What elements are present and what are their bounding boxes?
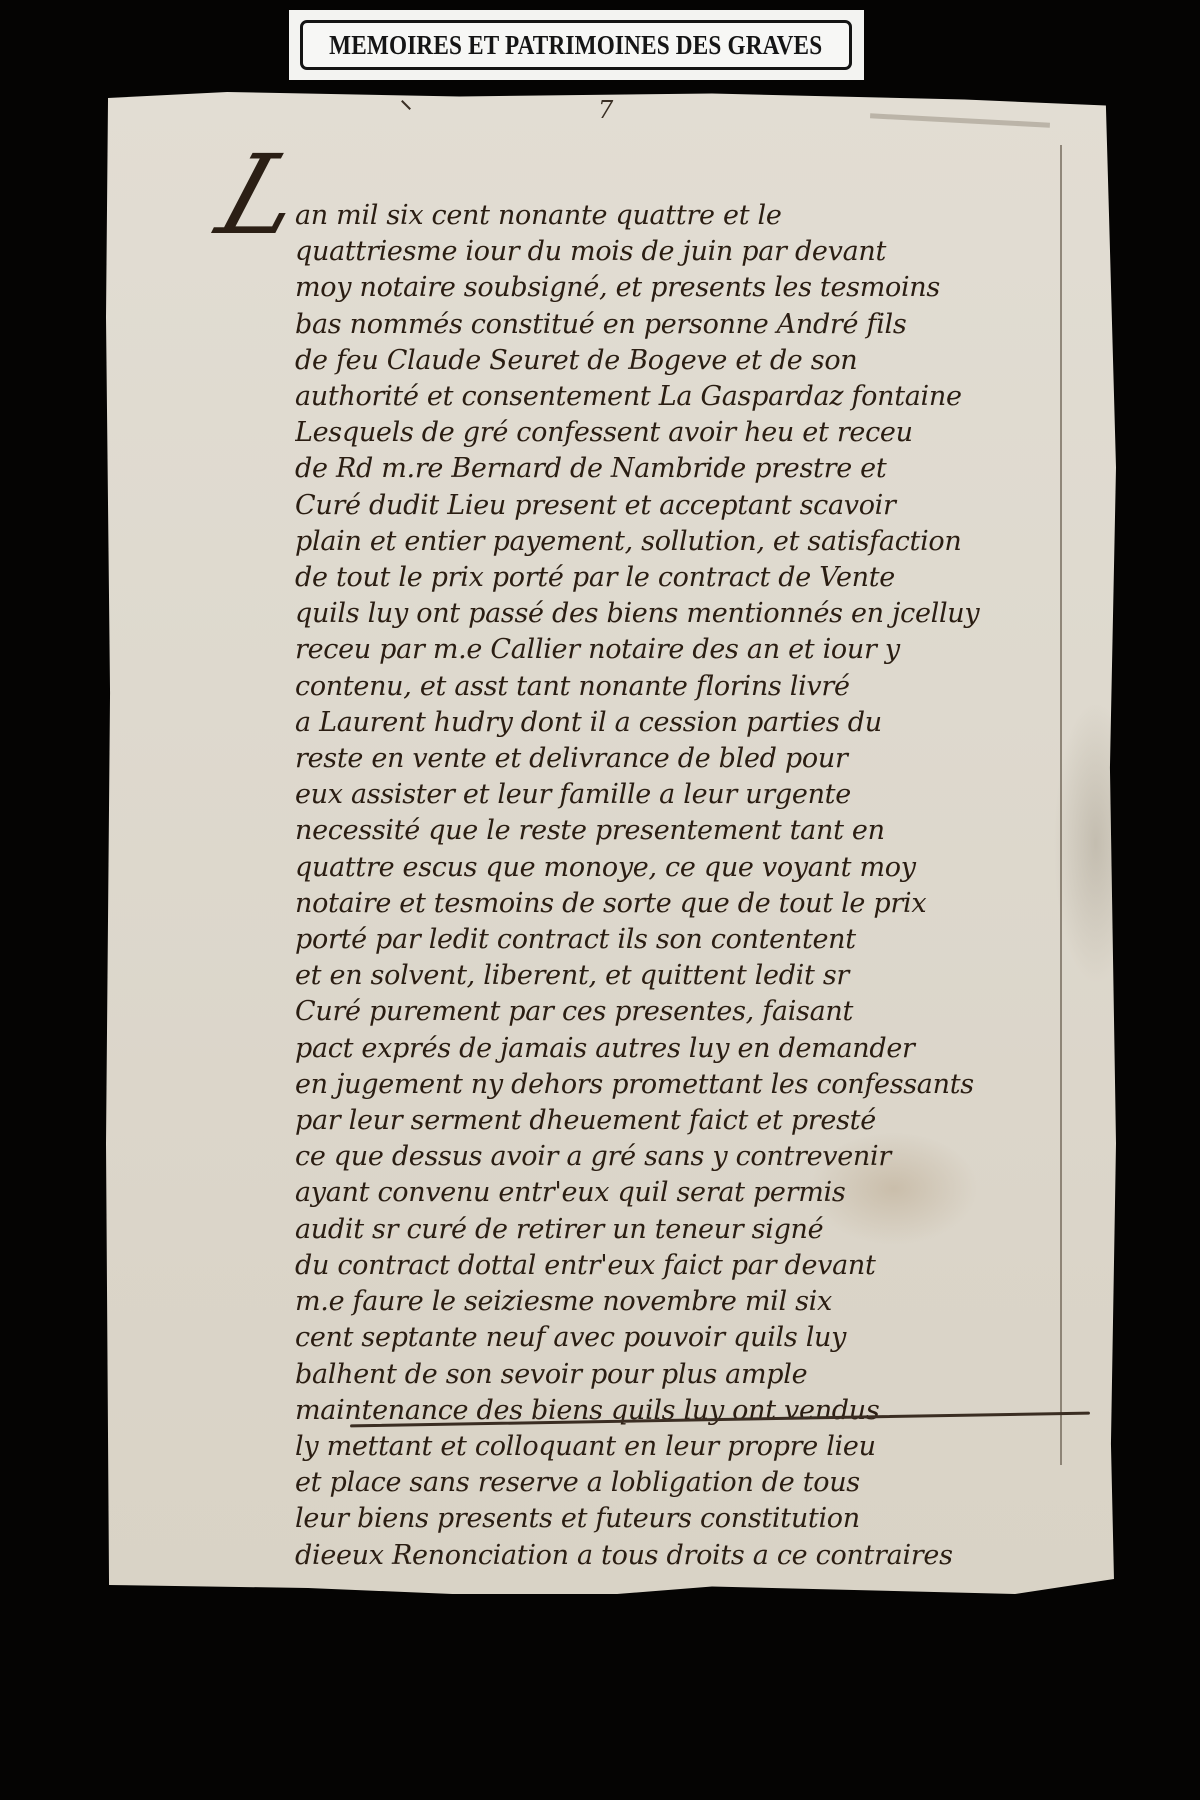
text-line: plain et entier payement, sollution, et … [295, 524, 1105, 560]
text-line: necessité que le reste presentement tant… [295, 813, 1105, 849]
text-line: contenu, et asst tant nonante florins li… [295, 669, 1105, 705]
text-line: audit sr curé de retirer un teneur signé [295, 1212, 1105, 1248]
text-line: Curé purement par ces presentes, faisant [295, 994, 1105, 1030]
text-line: quils luy ont passé des biens mentionnés… [295, 596, 1105, 632]
text-line: reste en vente et delivrance de bled pou… [295, 741, 1105, 777]
folio-number: 7 [598, 96, 613, 124]
manuscript-text: an mil six cent nonante quattre et le qu… [295, 198, 1105, 1574]
text-line: ly mettant et colloquant en leur propre … [295, 1429, 1105, 1465]
text-line: pact exprés de jamais autres luy en dema… [295, 1031, 1105, 1067]
text-line: notaire et tesmoins de sorte que de tout… [295, 886, 1105, 922]
text-line: bas nommés constitué en personne André f… [295, 307, 1105, 343]
text-line: a Laurent hudry dont il a cession partie… [295, 705, 1105, 741]
text-line: balhent de son sevoir pour plus ample [295, 1357, 1105, 1393]
text-line: de tout le prix porté par le contract de… [295, 560, 1105, 596]
text-line: cent septante neuf avec pouvoir quils lu… [295, 1320, 1105, 1356]
text-line: dieeux Renonciation a tous droits a ce c… [295, 1538, 1105, 1574]
archive-label: MEMOIRES ET PATRIMOINES DES GRAVES [300, 20, 852, 70]
text-line: et place sans reserve a lobligation de t… [295, 1465, 1105, 1501]
text-line: m.e faure le seiziesme novembre mil six [295, 1284, 1105, 1320]
text-line: receu par m.e Callier notaire des an et … [295, 632, 1105, 668]
archive-label-text: MEMOIRES ET PATRIMOINES DES GRAVES [329, 30, 822, 61]
text-line: de feu Claude Seuret de Bogeve et de son [295, 343, 1105, 379]
text-line: Curé dudit Lieu present et acceptant sca… [295, 488, 1105, 524]
text-line: moy notaire soubsigné, et presents les t… [295, 270, 1105, 306]
text-line: et en solvent, liberent, et quittent led… [295, 958, 1105, 994]
text-line: authorité et consentement La Gaspardaz f… [295, 379, 1105, 415]
text-line: Lesquels de gré confessent avoir heu et … [295, 415, 1105, 451]
text-line: ayant convenu entr'eux quil serat permis [295, 1175, 1105, 1211]
text-line: porté par ledit contract ils son content… [295, 922, 1105, 958]
text-line: eux assister et leur famille a leur urge… [295, 777, 1105, 813]
text-line: de Rd m.re Bernard de Nambride prestre e… [295, 451, 1105, 487]
text-line: quattre escus que monoye, ce que voyant … [295, 850, 1105, 886]
text-line: quattriesme iour du mois de juin par dev… [295, 234, 1105, 270]
text-line: par leur serment dheuement faict et pres… [295, 1103, 1105, 1139]
text-line: en jugement ny dehors promettant les con… [295, 1067, 1105, 1103]
text-line: an mil six cent nonante quattre et le [295, 198, 1105, 234]
text-line: ce que dessus avoir a gré sans y contrev… [295, 1139, 1105, 1175]
text-line: leur biens presents et futeurs constitut… [295, 1501, 1105, 1537]
text-line: du contract dottal entr'eux faict par de… [295, 1248, 1105, 1284]
